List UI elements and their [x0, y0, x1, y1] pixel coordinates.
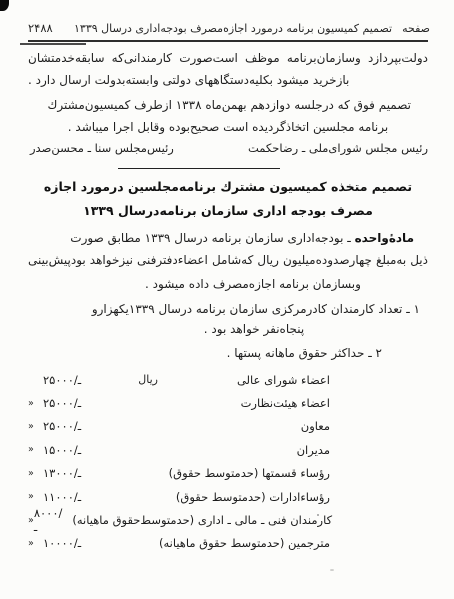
ditto-mark: »	[28, 468, 43, 479]
amount-cell: ۲۵۰۰۰/ـ	[43, 419, 103, 433]
amount-cell: ۲۵۰۰۰/ـ	[43, 373, 103, 387]
article-line3: وبسازمان برنامه اجازه‌مصرف داده میشود .	[28, 275, 428, 293]
row-label: مدیران	[158, 443, 330, 457]
article-line2: ذیل به‌مبلغ چهارصدوده‌میلیون ریال كه‌شام…	[28, 251, 428, 269]
scan-speck	[317, 514, 319, 516]
row-label: اعضاء شورای عالی	[158, 373, 330, 387]
paragraph-line: برنامه مجلسین اتخاذگردیده است صحیح‌بوده …	[28, 118, 428, 136]
article-line1-text: ـ بودجه‌اداری سازمان برنامه درسال ۱۳۳۹ م…	[70, 231, 354, 245]
ditto-mark: »	[28, 398, 43, 409]
page-number: ۲۴۸۸	[28, 21, 53, 35]
header-rule	[28, 40, 428, 42]
table-row: »۲۵۰۰۰/ـاعضاء هیئت‌نظارت	[28, 391, 330, 414]
header-rule-left-segment	[20, 43, 86, 45]
row-label: اعضاء هیئت‌نظارت	[158, 396, 330, 410]
row-label: معاون	[158, 419, 330, 433]
item1-line1: ۱ ـ تعداد كارمندان كادرمركزی سازمان برنا…	[28, 300, 428, 318]
table-row: »۸۰۰۰/ـكارمندان فنی ـ مالی ـ اداری (حدمت…	[28, 508, 330, 531]
row-label: مترجمین (حدمتوسط حقوق ماهیانه)	[158, 536, 330, 550]
ditto-mark: »	[28, 421, 43, 432]
unit-cell: ریال	[113, 373, 158, 386]
amount-cell: ۸۰۰۰/ـ	[34, 506, 63, 534]
table-row: »۱۰۰۰۰/ـمترجمین (حدمتوسط حقوق ماهیانه)	[28, 532, 330, 555]
scanned-document-page: ۲۴۸۸ تصمیم كمیسیون برنامه درمورد اجازه‌م…	[0, 0, 454, 599]
scan-speck	[330, 569, 334, 571]
amount-cell: ۱۱۰۰۰/ـ	[43, 490, 103, 504]
table-row: »۱۵۰۰۰/ـمدیران	[28, 438, 330, 461]
paragraph-line: تصمیم فوق كه درجلسه دوازدهم بهمن‌ماه ۱۳۳…	[28, 96, 428, 114]
table-row: »۱۳۰۰۰/ـرؤساء قسمتها (حدمتوسط حقوق)	[28, 462, 330, 485]
row-label: كارمندان فنی ـ مالی ـ اداری (حدمتوسط‌حقو…	[72, 513, 332, 527]
amount-cell: ۱۳۰۰۰/ـ	[43, 466, 103, 480]
paragraph-line: بازخرید میشود بكلیه‌دستگاههای دولتی وابس…	[28, 71, 428, 89]
table-row: »۲۵۰۰۰/ـمعاون	[28, 415, 330, 438]
signature-majlis-shora: رئیس مجلس شورای‌ملی ـ رضاحكمت	[248, 141, 428, 155]
table-row: ۲۵۰۰۰/ـریالاعضاء شورای عالی	[28, 368, 330, 391]
amount-cell: ۲۵۰۰۰/ـ	[43, 396, 103, 410]
table-row: »۱۱۰۰۰/ـرؤساءادارات (حدمتوسط حقوق)	[28, 485, 330, 508]
scan-corner-artifact	[0, 0, 9, 11]
header-title: تصمیم كمیسیون برنامه درمورد اجازه‌مصرف ب…	[74, 22, 392, 35]
row-label: رؤساءادارات (حدمتوسط حقوق)	[158, 490, 330, 504]
page-label: صفحه	[402, 22, 430, 35]
signature-row: رئیس مجلس شورای‌ملی ـ رضاحكمت رئیس‌مجلس …	[30, 141, 428, 155]
ditto-mark: »	[28, 538, 43, 549]
item2-line: ۲ ـ حداكثر حقوق ماهانه پستها .	[28, 344, 428, 362]
ditto-mark: »	[28, 491, 43, 502]
decision-title-line1: تصمیم متخذه كمیسیون مشترك برنامه‌مجلسین …	[28, 178, 428, 196]
row-label: رؤساء قسمتها (حدمتوسط حقوق)	[158, 466, 330, 480]
article-line1: مادۀواحده ـ بودجه‌اداری سازمان برنامه در…	[28, 229, 428, 247]
amount-cell: ۱۵۰۰۰/ـ	[43, 443, 103, 457]
article-label: مادۀواحده	[355, 231, 414, 245]
section-divider-line	[118, 168, 280, 169]
signature-majlis-sena: رئیس‌مجلس سنا ـ محسن‌صدر	[30, 141, 174, 155]
item1-line2: پنجاه‌نفر خواهد بود .	[28, 320, 428, 338]
paragraph-line: دولت‌بپردازد وسازمان‌برنامه موظف است‌صور…	[28, 49, 428, 67]
amount-cell: ۱۰۰۰۰/ـ	[43, 536, 103, 550]
ditto-mark: »	[28, 444, 43, 455]
salary-table: ۲۵۰۰۰/ـریالاعضاء شورای عالی»۲۵۰۰۰/ـاعضاء…	[28, 368, 330, 555]
decision-title-line2: مصرف بودجه اداری سازمان برنامه‌درسال ۱۳۳…	[28, 202, 428, 220]
page-header: ۲۴۸۸ تصمیم كمیسیون برنامه درمورد اجازه‌م…	[28, 21, 430, 35]
